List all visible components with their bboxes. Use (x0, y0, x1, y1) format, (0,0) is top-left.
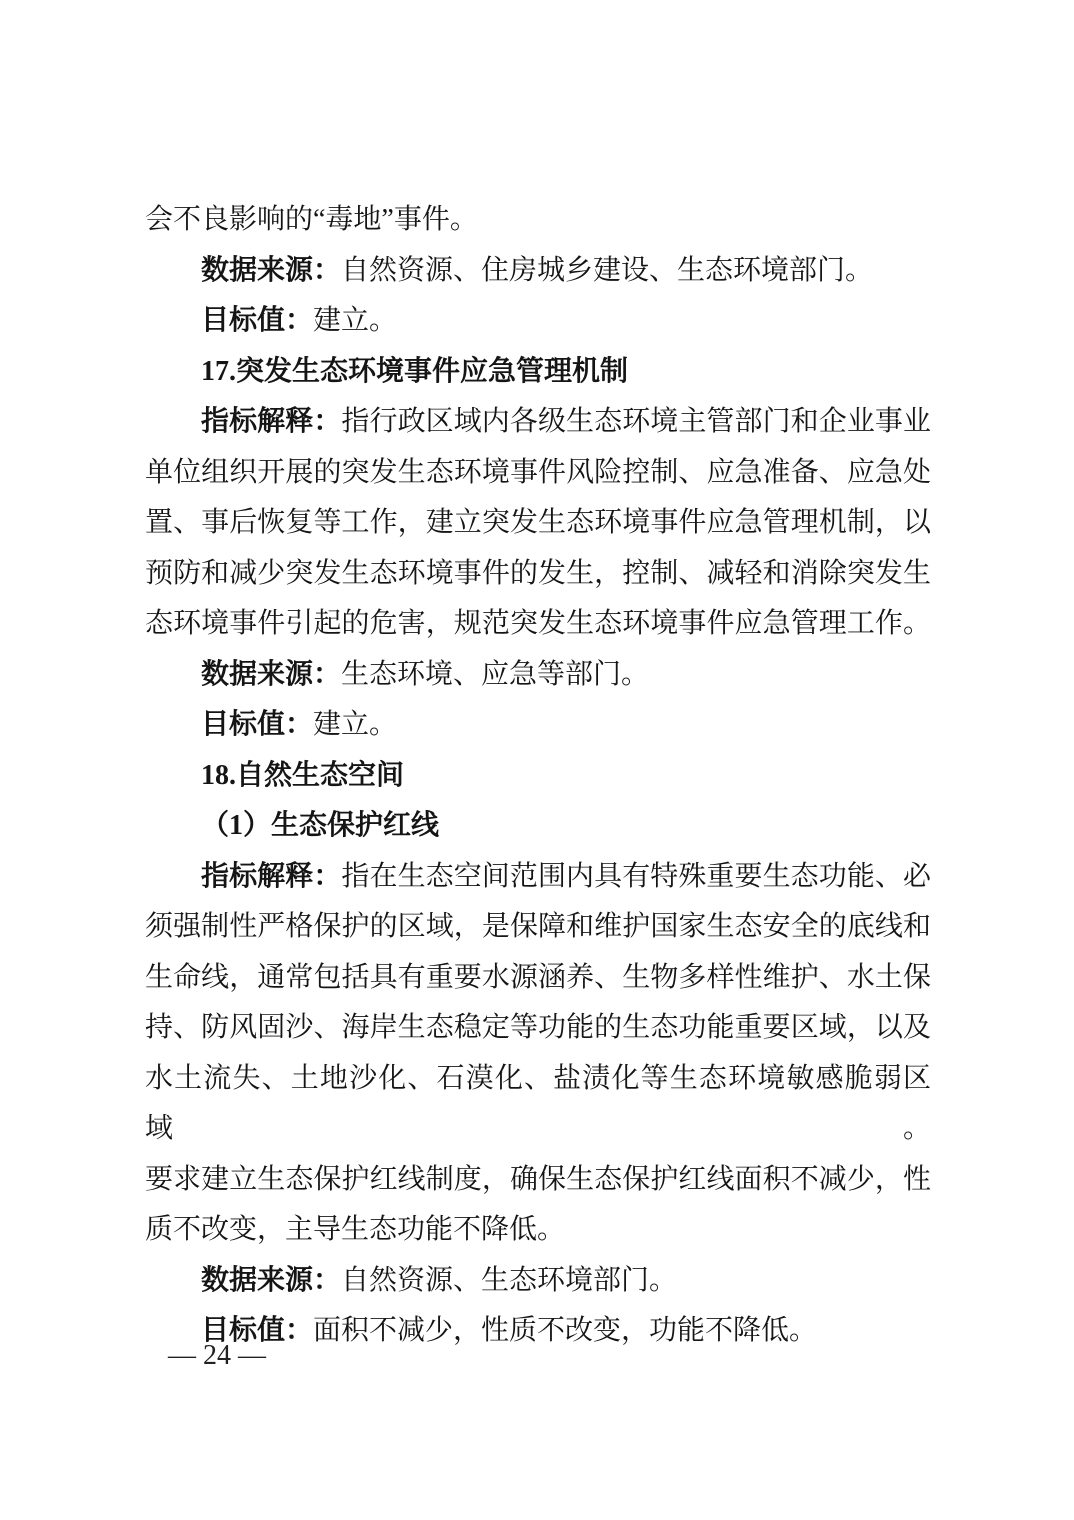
text-line: 水土流失、土地沙化、石漠化、盐渍化等生态环境敏感脆弱区域。 (145, 1054, 931, 1155)
section-heading: 17.突发生态环境事件应急管理机制 (145, 347, 931, 398)
field-label: 数据来源： (201, 659, 341, 690)
text-line: 目标值：建立。 (145, 700, 931, 751)
text-line: 单位组织开展的突发生态环境事件风险控制、应急准备、应急处 (145, 448, 931, 499)
text-line: 数据来源：自然资源、生态环境部门。 (145, 1256, 931, 1307)
field-label: 目标值： (201, 709, 313, 740)
field-label: 数据来源： (201, 255, 341, 286)
text-line: 态环境事件引起的危害，规范突发生态环境事件应急管理工作。 (145, 599, 931, 650)
text-line: 置、事后恢复等工作，建立突发生态环境事件应急管理机制，以 (145, 498, 931, 549)
text-line: 数据来源：自然资源、住房城乡建设、生态环境部门。 (145, 246, 931, 297)
text-line: 质不改变，主导生态功能不降低。 (145, 1205, 931, 1256)
field-label: 指标解释： (201, 861, 341, 892)
field-label: 数据来源： (201, 1265, 341, 1296)
field-label: 目标值： (201, 305, 313, 336)
text-line: 要求建立生态保护红线制度，确保生态保护红线面积不减少，性 (145, 1155, 931, 1206)
text-line: 指标解释：指在生态空间范围内具有特殊重要生态功能、必 (145, 852, 931, 903)
field-label: 指标解释： (201, 406, 341, 437)
text-line: 目标值：建立。 (145, 296, 931, 347)
text-line: 会不良影响的“毒地”事件。 (145, 195, 931, 246)
page-number: — 24 — (168, 1338, 266, 1374)
document-body: 会不良影响的“毒地”事件。数据来源：自然资源、住房城乡建设、生态环境部门。目标值… (145, 195, 931, 1357)
section-heading: （1）生态保护红线 (145, 801, 931, 852)
text-line: 指标解释：指行政区域内各级生态环境主管部门和企业事业 (145, 397, 931, 448)
text-line: 生命线，通常包括具有重要水源涵养、生物多样性维护、水土保 (145, 953, 931, 1004)
document-page: 会不良影响的“毒地”事件。数据来源：自然资源、住房城乡建设、生态环境部门。目标值… (0, 0, 1074, 1520)
section-heading: 18.自然生态空间 (145, 751, 931, 802)
text-line: 持、防风固沙、海岸生态稳定等功能的生态功能重要区域，以及 (145, 1003, 931, 1054)
text-line: 须强制性严格保护的区域，是保障和维护国家生态安全的底线和 (145, 902, 931, 953)
text-line: 数据来源：生态环境、应急等部门。 (145, 650, 931, 701)
text-line: 预防和减少突发生态环境事件的发生，控制、减轻和消除突发生 (145, 549, 931, 600)
